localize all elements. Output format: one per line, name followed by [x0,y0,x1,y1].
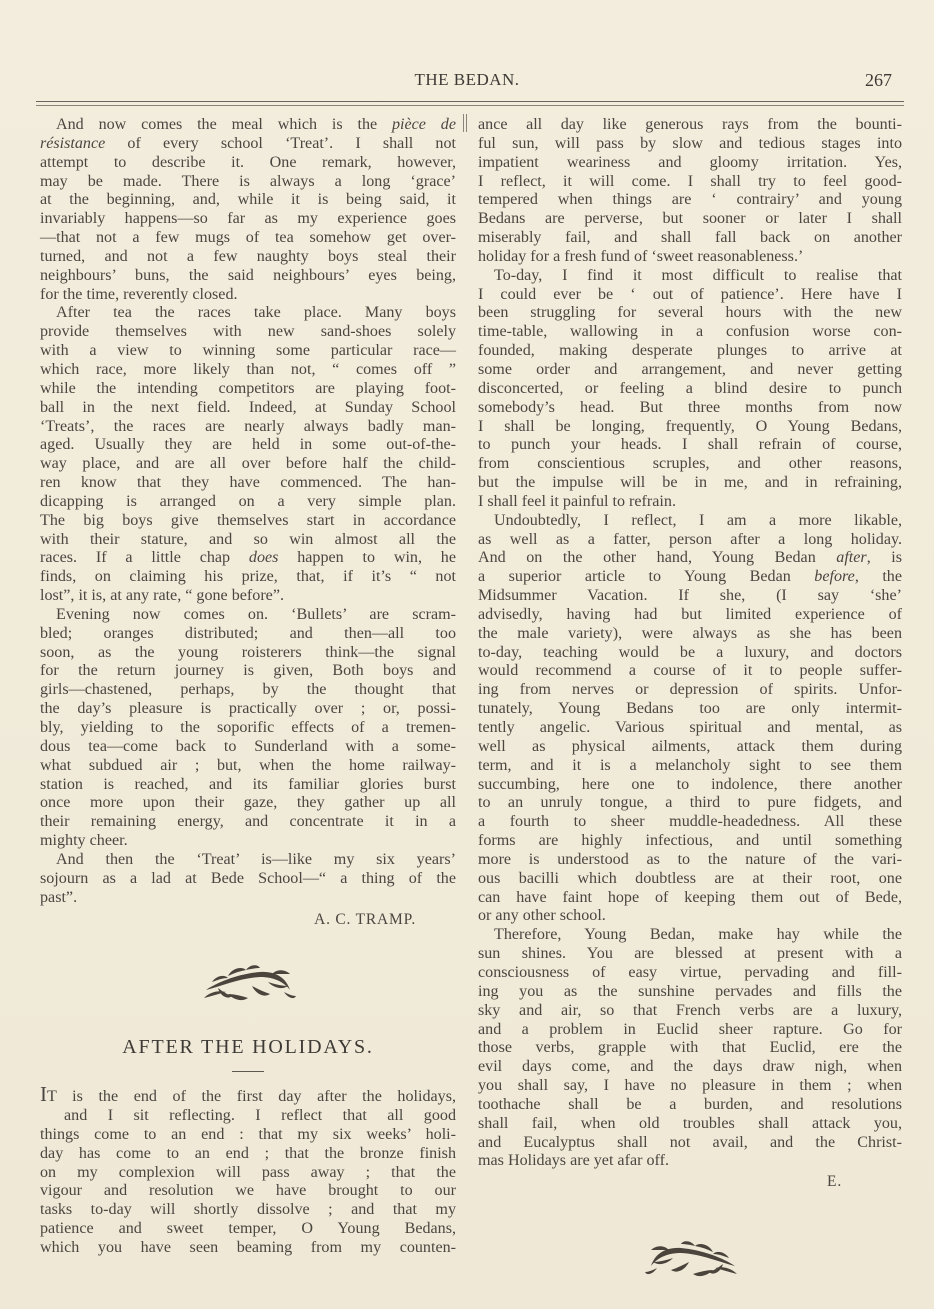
text-line: station is reached, and its familiar glo… [40,776,456,795]
text-line: neighbours’ buns, the said neighbours’ e… [40,267,456,286]
text-line: can have faint hope of keeping them out … [478,889,902,908]
text-line: toothache shall be a burden, and resolut… [478,1096,902,1115]
text-line: tasks to-day will shortly dissolve ; and… [40,1201,456,1220]
text-line: sojourn as a lad at Bede School—“ a thin… [40,870,456,889]
page-title: THE BEDAN. [0,70,934,90]
leaf-ornament-icon [643,1236,743,1284]
text-line: And now comes the meal which is the pièc… [40,116,456,135]
text-line: lost”, it is, at any rate, “ gone before… [40,587,456,606]
leaf-ornament-icon [198,960,298,1008]
text-line: And then the ‘Treat’ is—like my six year… [40,851,456,870]
text-line: more is understood as to the nature of t… [478,851,902,870]
paragraph: And then the ‘Treat’ is—like my six year… [40,851,456,908]
article-after-the-holidays-continued: ance all day like generous rays from the… [478,116,902,1171]
text-line: résistance of every school ‘Treat’. I sh… [40,135,456,154]
text-line: or any other school. [478,907,902,926]
text-line: to punch your heads. I shall refrain of … [478,436,902,455]
text-line: shall fail, when old troubles shall atta… [478,1115,902,1134]
text-line: ful sun, will pass by slow and tedious s… [478,135,902,154]
text-line: ance all day like generous rays from the… [478,116,902,135]
text-line: which you have seen beaming from my coun… [40,1239,456,1258]
paragraph: And now comes the meal which is the pièc… [40,116,456,304]
text-line: advisedly, having had but limited experi… [478,606,902,625]
text-line: disconcerted, or feeling a blind desire … [478,380,902,399]
author-signature: A. C. TRAMP. [40,911,456,930]
article-title: AFTER THE HOLIDAYS. [40,1038,456,1057]
text-line: somebody’s head. But three months from n… [478,399,902,418]
text-line: at the beginning, and, while it is being… [40,191,456,210]
text-line: way place, and are all over before half … [40,455,456,474]
paragraph: ance all day like generous rays from the… [478,116,902,267]
text-line: tempered when things are ‘ contrairy’ an… [478,191,902,210]
text-line: the male variety), were always as she ha… [478,625,902,644]
text-line: to-day, teaching would be a luxury, and … [478,644,902,663]
text-line: a superior article to Young Bedan before… [478,568,902,587]
text-line: well as physical ailments, attack them d… [478,738,902,757]
text-line: on my complexion will pass away ; that t… [40,1164,456,1183]
text-line: soon, as the young roisterers think—the … [40,644,456,663]
text-line: Midsummer Vacation. If she, (I say ‘she’ [478,587,902,606]
text-line: while the intending competitors are play… [40,380,456,399]
text-line: races. If a little chap does happen to w… [40,549,456,568]
text-line: ball in the next field. Indeed, at Sunda… [40,399,456,418]
text-line: vigour and resolution we have brought to… [40,1182,456,1201]
text-line: would recommend a course of it to people… [478,662,902,681]
drop-cap: I [40,1082,47,1106]
left-column: And now comes the meal which is the pièc… [40,116,456,1258]
text-line: bled; oranges distributed; and then—all … [40,625,456,644]
text-line: consciousness of easy virtue, pervading … [478,964,902,983]
text-line: been struggling for several hours with t… [478,304,902,323]
text-line: as well as a fatter, person after a long… [478,531,902,550]
text-line: girls—chastened, perhaps, by the thought… [40,681,456,700]
text-line: provide themselves with new sand-shoes s… [40,323,456,342]
text-line: to an unruly tongue, a third to pure fid… [478,794,902,813]
paragraph: After tea the races take place. Many boy… [40,304,456,606]
text-line: And on the other hand, Young Bedan after… [478,549,902,568]
text-line: patience and sweet temper, O Young Bedan… [40,1220,456,1239]
header-rule-bottom [36,105,904,106]
text-line: mighty cheer. [40,832,456,851]
text-line: some order and arrangement, and never ge… [478,361,902,380]
text-line: and a problem in Euclid sheer rapture. G… [478,1021,902,1040]
text-line: for the return journey is given, Both bo… [40,662,456,681]
paragraph: IT is the end of the first day after the… [40,1086,456,1258]
text-line: founded, making desperate plunges to arr… [478,342,902,361]
text-line: The big boys give themselves start in ac… [40,512,456,531]
text-line: things come to an end : that my six week… [40,1126,456,1145]
text-line: Bedans are perverse, but sooner or later… [478,210,902,229]
text-line: finds, on claiming his prize, that, if i… [40,568,456,587]
text-line: Evening now comes on. ‘Bullets’ are scra… [40,606,456,625]
text-line: I reflect, it will come. I shall try to … [478,173,902,192]
text-line: holiday for a fresh fund of ‘sweet reaso… [478,248,902,267]
column-mark [463,114,467,132]
text-line: their remaining energy, and concentrate … [40,813,456,832]
text-line: what subdued air ; but, when the home ra… [40,757,456,776]
text-line: bly, yielding to the soporific effects o… [40,719,456,738]
text-line: from conscientious scruples, and other r… [478,455,902,474]
text-line: I could ever be ‘ out of patience’. Here… [478,286,902,305]
text-line: which race, more likely than not, “ come… [40,361,456,380]
text-line: for the time, reverently closed. [40,286,456,305]
text-line: sky and air, so that French verbs are a … [478,1002,902,1021]
paragraph: Undoubtedly, I reflect, I am a more lika… [478,512,902,927]
author-signature: E. [478,1173,902,1192]
paragraph: Therefore, Young Bedan, make hay while t… [478,926,902,1171]
text-line: may be made. There is always a long ‘gra… [40,173,456,192]
paragraph: Evening now comes on. ‘Bullets’ are scra… [40,606,456,851]
text-line: you shall say, I have no pleasure in the… [478,1077,902,1096]
text-line: past”. [40,889,456,908]
text-line: time-table, wallowing in a confusion wor… [478,323,902,342]
text-line: aged. Usually they are held in some out-… [40,436,456,455]
text-line: succumbing, here one to indolence, there… [478,776,902,795]
text-line: those verbs, grapple with that Euclid, e… [478,1039,902,1058]
text-line: After tea the races take place. Many boy… [40,304,456,323]
text-line: term, and it is a melancholy sight to se… [478,757,902,776]
text-line: ous bacilli which doubtless are at their… [478,870,902,889]
text-line: with a view to winning some particular r… [40,342,456,361]
text-line: a fourth to sheer muddle-headedness. All… [478,813,902,832]
article-after-the-holidays-start: IT is the end of the first day after the… [40,1086,456,1258]
right-column: ance all day like generous rays from the… [478,116,902,1284]
text-line: dous tea—come back to Sunderland with a … [40,738,456,757]
header-rule-top [36,101,904,102]
text-line: with their stature, and so win almost al… [40,531,456,550]
text-line: and Eucalyptus shall not avail, and the … [478,1134,902,1153]
text-line: but the impulse will be in me, and in re… [478,474,902,493]
text-line: I shall feel it painful to refrain. [478,493,902,512]
article-school-treat: And now comes the meal which is the pièc… [40,116,456,907]
text-line: ‘Treats’, the races are nearly always ba… [40,418,456,437]
text-line: turned, and not a few naughty boys steal… [40,248,456,267]
text-line: attempt to describe it. One remark, howe… [40,154,456,173]
running-head: THE BEDAN. 267 [0,70,934,100]
text-line: once more upon their gaze, they gather u… [40,794,456,813]
text-line: dicapping is arranged on a very simple p… [40,493,456,512]
page-number: 267 [865,70,892,91]
text-line: day has come to an end ; that the bronze… [40,1145,456,1164]
text-line: and I sit reflecting. I reflect that all… [40,1107,456,1126]
text-line: evil days come, and the days draw nigh, … [478,1058,902,1077]
title-rule [232,1071,264,1072]
text-line: miserably fail, and shall fall back on a… [478,229,902,248]
text-line: forms are highly infectious, and until s… [478,832,902,851]
text-line: invariably happens—so far as my experien… [40,210,456,229]
text-line: ing from nerves or depression of spirits… [478,681,902,700]
text-line: —that not a few mugs of tea somehow get … [40,229,456,248]
magazine-page: THE BEDAN. 267 And now comes the meal wh… [0,0,934,1309]
text-line: I shall be longing, frequently, O Young … [478,418,902,437]
text-line: tunately, Young Bedans too are only inte… [478,700,902,719]
text-line: tently angelic. Various spiritual and me… [478,719,902,738]
text-line: mas Holidays are yet afar off. [478,1152,902,1171]
text-line: ing you as the sunshine pervades and fil… [478,983,902,1002]
text-line: Therefore, Young Bedan, make hay while t… [478,926,902,945]
text-line: sun shines. You are blessed at present w… [478,945,902,964]
text-line: Undoubtedly, I reflect, I am a more lika… [478,512,902,531]
text-line: the day’s pleasure is practically over ;… [40,700,456,719]
text-line: impatient weariness and gloomy irritatio… [478,154,902,173]
paragraph: To-day, I find it most difficult to real… [478,267,902,512]
text-line: IT is the end of the first day after the… [40,1086,456,1107]
text-line: To-day, I find it most difficult to real… [478,267,902,286]
text-line: ren know that they have commenced. The h… [40,474,456,493]
